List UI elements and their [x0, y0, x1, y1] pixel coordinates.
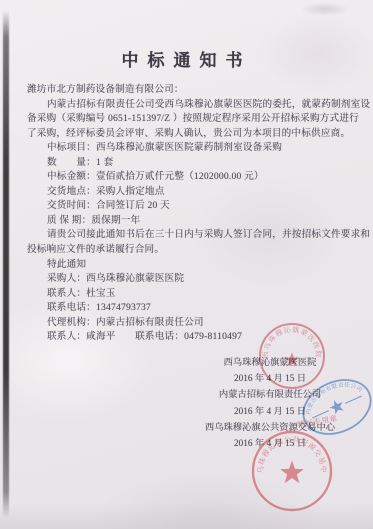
- contract-notice-line-1: 请贵公司接此通知书后在三十日内与采购人签订合同，并按招标文件要求和: [27, 228, 349, 243]
- contact-phone-line: 联系电话：13474793737: [27, 301, 349, 316]
- signature-date-agency: 2016 年 4 月 15 日: [186, 404, 354, 420]
- contact-person-line: 联系人：杜宝玉: [27, 287, 349, 302]
- signature-org-hospital: 西乌珠穆沁旗蒙医医院: [186, 355, 354, 371]
- contract-notice-line-2: 投标响应文件的承诺履行合同。: [27, 243, 349, 258]
- recipient-line: 潍坊市北方制药设备制造有限公司：: [27, 83, 349, 98]
- agency-contact-line: 联系人：咸海平 联系电话：0479-8110497: [27, 330, 349, 345]
- scanned-document-photo: { "document": { "title": "中标通知书", "lines…: [0, 0, 373, 529]
- document-body: 潍坊市北方制药设备制造有限公司： 内蒙古招标有限责任公司受西乌珠穆沁旗蒙医医院的…: [27, 83, 349, 345]
- document-title: 中标通知书: [0, 46, 373, 71]
- signature-date-hospital: 2016 年 4 月 15 日: [186, 371, 354, 387]
- quantity-line: 数 量：1 套: [27, 156, 349, 171]
- delivery-time-line: 交货时间：合同签订后 20 天: [27, 199, 349, 214]
- bid-amount-line: 中标金额：壹佰贰拾万贰仟元整（1202000.00 元）: [27, 170, 349, 185]
- signature-date-trade-center: 2016 年 4 月 15 日: [186, 436, 354, 452]
- delivery-place-line: 交货地点：采购人指定地点: [27, 185, 349, 200]
- scan-smudge: [300, 2, 350, 16]
- scan-bottom-shadow: [0, 503, 373, 529]
- signature-block: 西乌珠穆沁旗蒙医医院 2016 年 4 月 15 日 内蒙古招标有限责任公司 2…: [186, 355, 354, 452]
- bid-project-line: 中标项目：西乌珠穆沁旗蒙医医院蒙药制剂室设备采购: [27, 141, 349, 156]
- notice-line: 特此通知: [27, 258, 349, 273]
- intro-line-1: 内蒙古招标有限责任公司受西乌珠穆沁旗蒙医医院的委托，就蒙药制剂室设: [27, 98, 349, 113]
- agency-line: 代理机构：内蒙古招标有限责任公司: [27, 316, 349, 331]
- scan-edge-shadow: [3, 0, 9, 529]
- intro-line-3: 了采购，经评标委员会评审、采购人确认，贵公司为本项目的中标供应商。: [27, 127, 349, 142]
- purchaser-line: 采购人：西乌珠穆沁旗蒙医医院: [27, 272, 349, 287]
- signature-org-agency: 内蒙古招标有限责任公司: [186, 387, 354, 403]
- signature-org-trade-center: 西乌珠穆沁旗公共资源交易中心: [186, 420, 354, 436]
- warranty-line: 质 保 期：质保期一年: [27, 214, 349, 229]
- intro-line-2: 备采购（采购编号 0651-151397/Z ）按照规定程序采用公开招标采购方式…: [27, 112, 349, 127]
